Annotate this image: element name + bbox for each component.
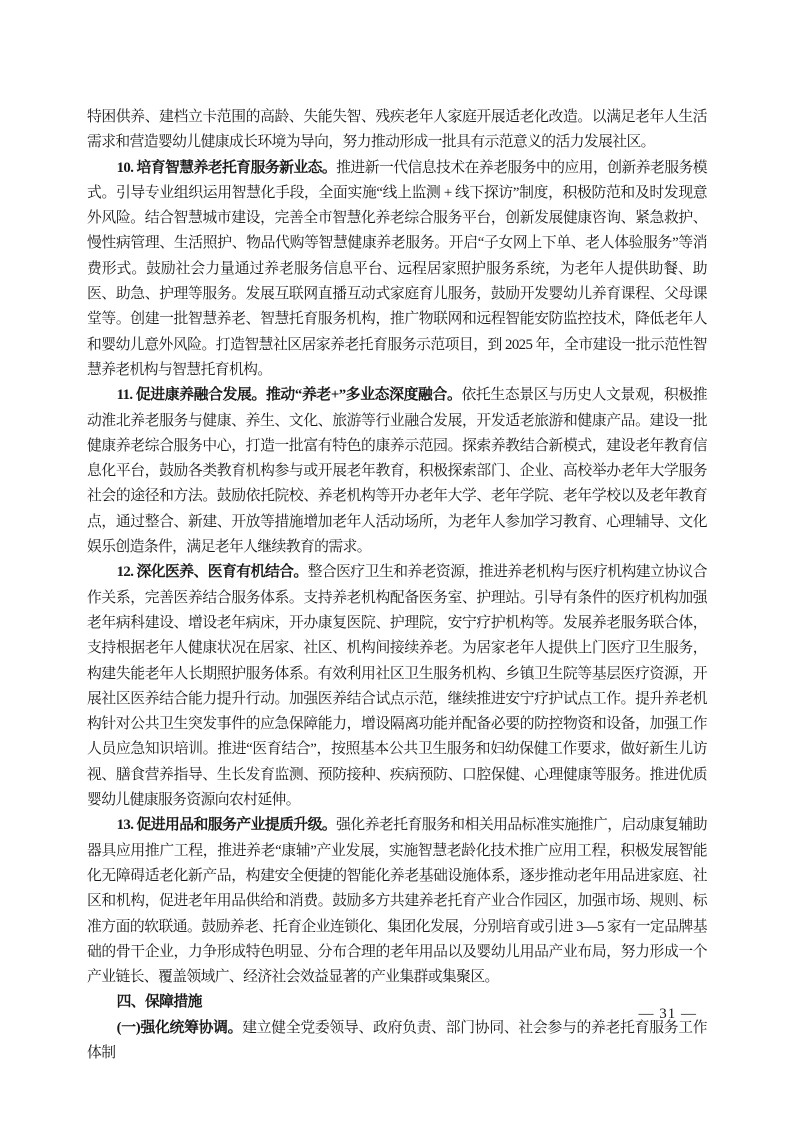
paragraph-continuation: 特困供养、建档立卡范围的高龄、失能失智、残疾老年人家庭开展适老化改造。以满足老年…: [87, 105, 707, 156]
page-number: — 31 —: [639, 1006, 698, 1023]
paragraph-body: 特困供养、建档立卡范围的高龄、失能失智、残疾老年人家庭开展适老化改造。以满足老年…: [87, 109, 707, 150]
paragraph-item-12: 12. 深化医养、医育有机结合。整合医疗卫生和养老资源，推进养老机构与医疗机构建…: [87, 560, 707, 813]
paragraph-item-10: 10. 培育智慧养老托育服务新业态。推进新一代信息技术在养老服务中的应用，创新养…: [87, 156, 707, 384]
paragraph-body: 强化养老托育服务和相关用品标准实施推广，启动康复辅助器具应用推广工程，推进养老“…: [87, 817, 707, 985]
document-page: 特困供养、建档立卡范围的高龄、失能失智、残疾老年人家庭开展适老化改造。以满足老年…: [0, 0, 793, 1122]
section-heading-label: 四、保障措施: [117, 994, 202, 1010]
paragraph-sub-item-1: (一)强化统筹协调。建立健全党委领导、政府负责、部门协同、社会参与的养老托育服务…: [87, 1016, 707, 1067]
paragraph-heading: 12. 深化医养、医育有机结合。: [117, 564, 308, 580]
paragraph-heading: 13. 促进用品和服务产业提质升级。: [117, 817, 337, 833]
paragraph-item-11: 11. 促进康养融合发展。推动“养老+”多业态深度融合。依托生态景区与历史人文景…: [87, 383, 707, 560]
document-body: 特困供养、建档立卡范围的高龄、失能失智、残疾老年人家庭开展适老化改造。以满足老年…: [87, 105, 707, 1066]
paragraph-heading: 10. 培育智慧养老托育服务新业态。: [117, 160, 337, 176]
paragraph-body: 整合医疗卫生和养老资源，推进养老机构与医疗机构建立协议合作关系，完善医养结合服务…: [87, 564, 707, 808]
section-heading-4-safeguards: 四、保障措施: [87, 990, 707, 1015]
paragraph-body: 推进新一代信息技术在养老服务中的应用，创新养老服务模式。引导专业组织运用智慧化手…: [87, 160, 707, 378]
paragraph-item-13: 13. 促进用品和服务产业提质升级。强化养老托育服务和相关用品标准实施推广，启动…: [87, 813, 707, 990]
paragraph-body: 依托生态景区与历史人文景观，积极推动淮北养老服务与健康、养生、文化、旅游等行业融…: [87, 387, 707, 555]
paragraph-heading: (一)强化统筹协调。: [117, 1020, 243, 1036]
paragraph-heading: 11. 促进康养融合发展。推动“养老+”多业态深度融合。: [117, 387, 462, 403]
